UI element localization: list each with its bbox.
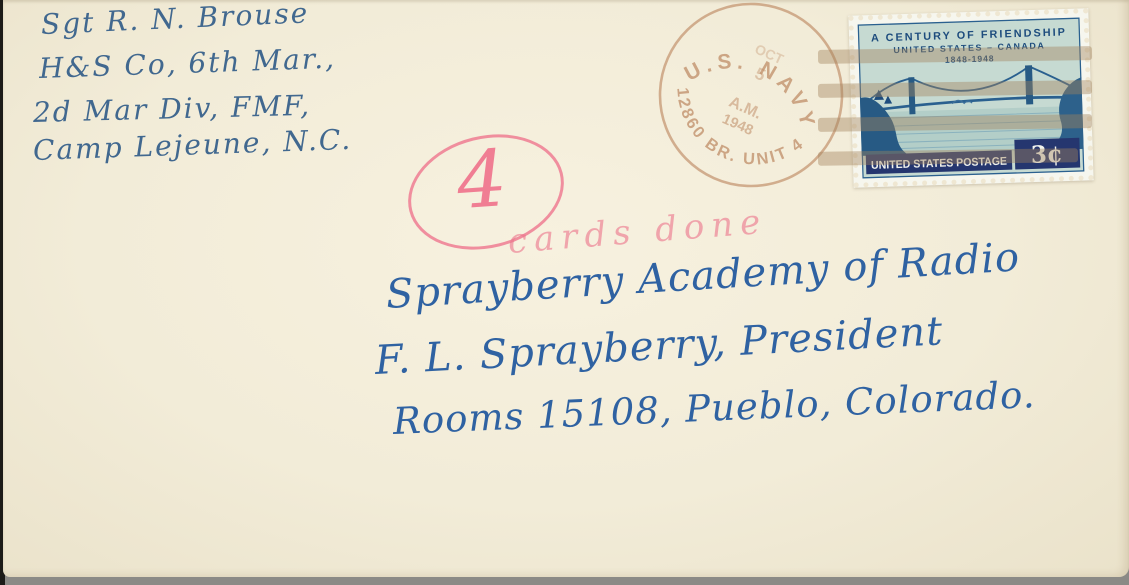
scanned-envelope: Sgt R. N. Brouse H&S Co, 6th Mar., 2d Ma… [0, 0, 1129, 585]
envelope-paper: Sgt R. N. Brouse H&S Co, 6th Mar., 2d Ma… [3, 0, 1129, 577]
recipient-address-line: F. L. Sprayberry, President [374, 308, 945, 384]
return-address-line: Sgt R. N. Brouse [40, 0, 310, 41]
return-address-line: 2d Mar Div, FMF, [33, 89, 312, 129]
recipient-address-line: Rooms 15108, Pueblo, Colorado. [392, 373, 1036, 443]
return-address-line: Camp Lejeune, N.C. [32, 123, 352, 167]
circled-number-value: 4 [454, 134, 510, 227]
navy-postmark: U.S. NAVY 12860 BR. UNIT 4 OCT 5 A.M. 19… [651, 0, 851, 198]
return-address-line: H&S Co, 6th Mar., [38, 42, 336, 85]
